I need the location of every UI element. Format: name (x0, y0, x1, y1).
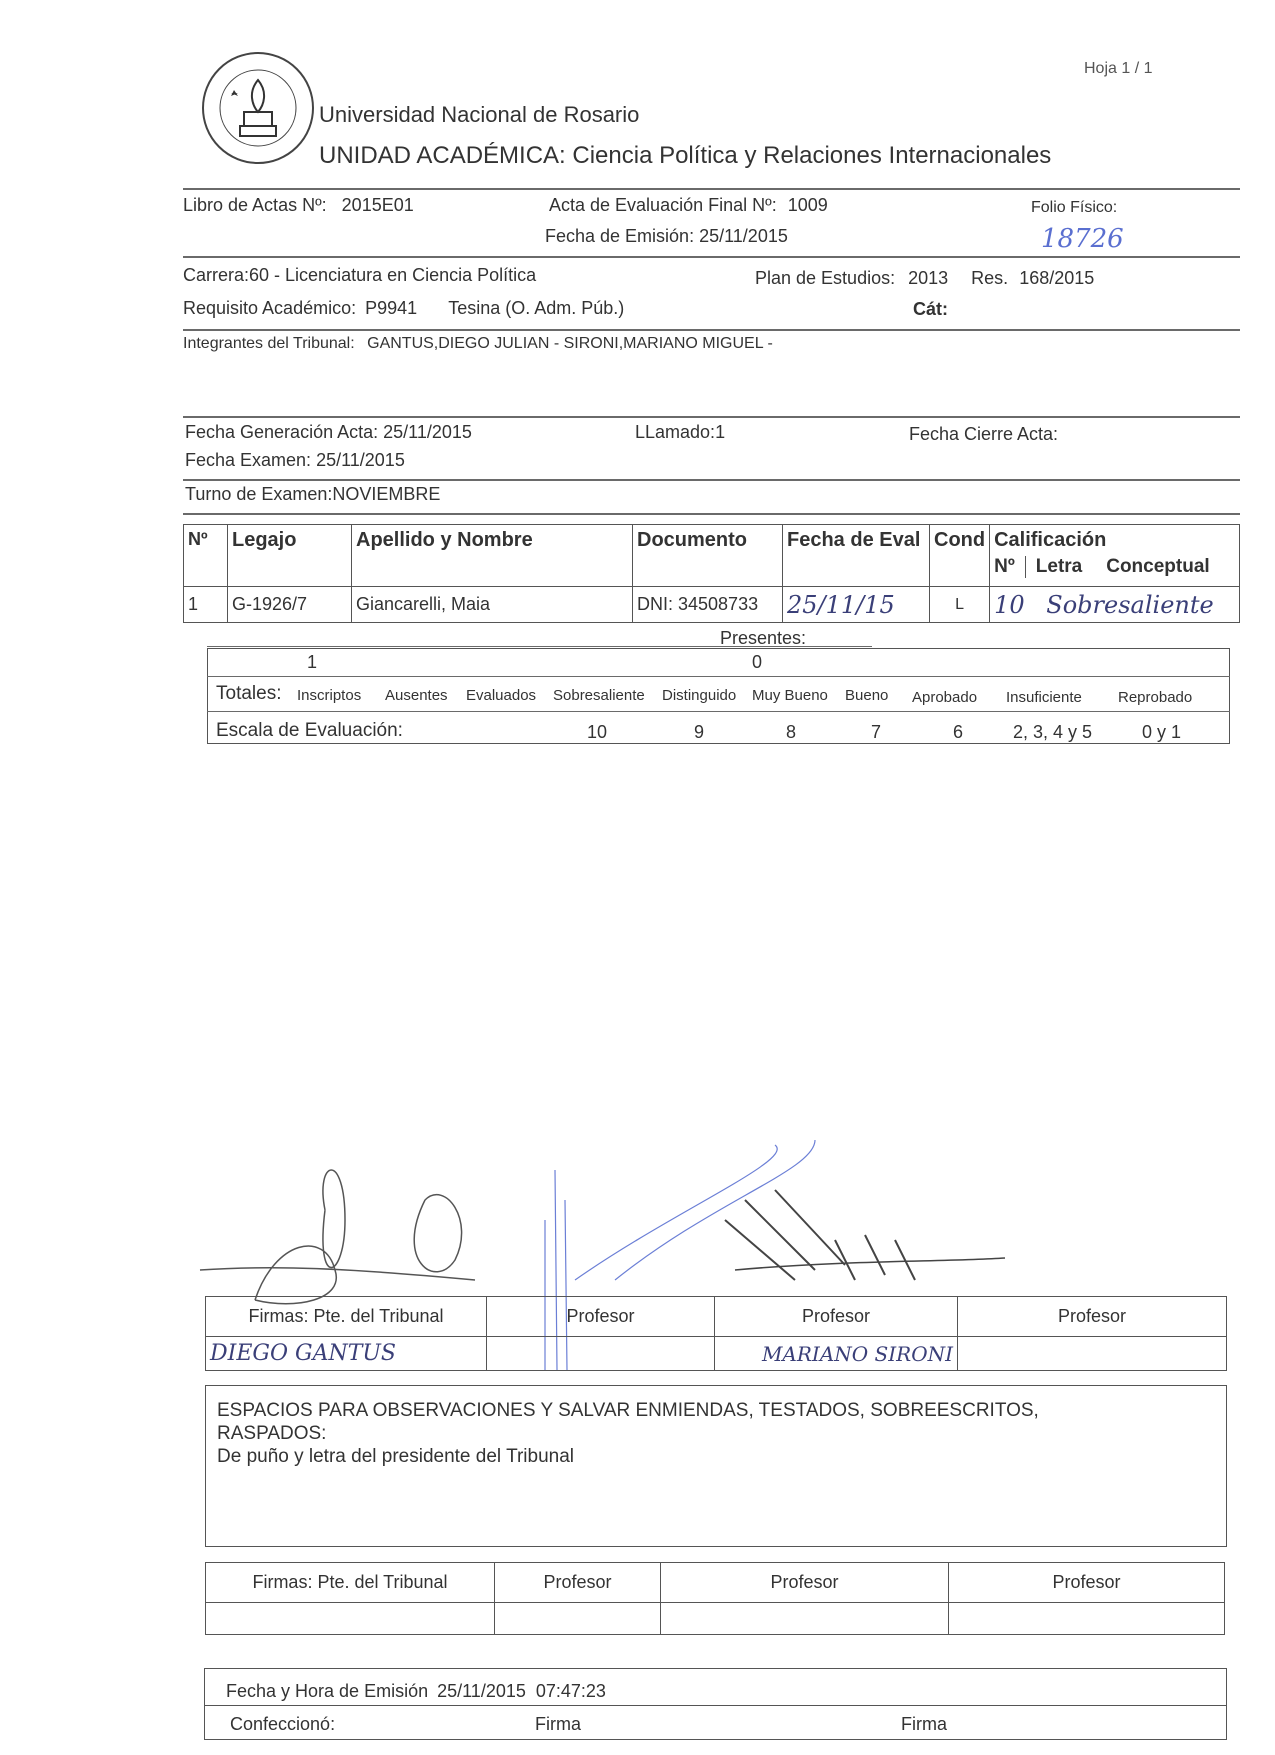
llamado-label: LLamado: (635, 422, 715, 442)
fecha-examen-label: Fecha Examen: (185, 450, 311, 470)
cell-legajo: G-1926/7 (228, 587, 352, 623)
subheader-conceptual: Conceptual (1106, 556, 1209, 578)
tribunal-label: Integrantes del Tribunal: (183, 335, 355, 352)
sig2-empty-presidente (206, 1603, 495, 1635)
plan-estudios-field: Plan de Estudios: 2013 Res. 168/2015 (755, 268, 1094, 289)
fecha-emision-value: 25/11/2015 (699, 226, 788, 246)
cell-documento: DNI: 34508733 (633, 587, 783, 623)
cell-cal-n: 10 (994, 591, 1025, 619)
sig-handwritten-presidente: DIEGO GANTUS (206, 1337, 487, 1371)
acta-number-label: Acta de Evaluación Final Nº: (549, 195, 777, 215)
fecha-hora-label: Fecha y Hora de Emisión (226, 1681, 428, 1701)
firma-label-1: Firma (535, 1714, 581, 1735)
turno-field: Turno de Examen:NOVIEMBRE (185, 484, 440, 505)
sig2-label-profesor-1: Profesor (495, 1563, 661, 1603)
cell-n: 1 (184, 587, 228, 623)
folio-handwritten-value: 18726 (1041, 224, 1124, 254)
confecciono-label: Confeccionó: (230, 1714, 335, 1735)
tribunal-value: GANTUS,DIEGO JULIAN - SIRONI,MARIANO MIG… (367, 335, 773, 352)
col-insuficiente: Insuficiente (1006, 689, 1082, 706)
escala-reprobado: 0 y 1 (1142, 722, 1181, 743)
col-header-cond: Cond (930, 525, 990, 587)
llamado-value: 1 (715, 422, 725, 442)
footer-box: Fecha y Hora de Emisión 25/11/2015 07:47… (204, 1668, 1227, 1740)
page-indicator: Hoja 1 / 1 (1084, 60, 1152, 78)
escala-sobresaliente: 10 (587, 722, 607, 743)
col-header-fecha: Fecha de Eval (783, 525, 930, 587)
sig2-label-profesor-3: Profesor (949, 1563, 1225, 1603)
sig2-label-presidente: Firmas: Pte. del Tribunal (206, 1563, 495, 1603)
acta-number-value: 1009 (788, 195, 828, 215)
escala-distinguido: 9 (694, 722, 704, 743)
tribunal-field: Integrantes del Tribunal: GANTUS,DIEGO J… (183, 335, 773, 353)
escala-label: Escala de Evaluación: (216, 720, 403, 742)
cell-cond: L (930, 587, 990, 623)
col-bueno: Bueno (845, 687, 888, 704)
carrera: Carrera:60 - Licenciatura en Ciencia Pol… (183, 265, 536, 286)
university-name: Universidad Nacional de Rosario (319, 102, 639, 128)
fecha-emision-label: Fecha de Emisión: (545, 226, 694, 246)
col-sobresaliente: Sobresaliente (553, 687, 645, 704)
cat-label: Cát: (913, 299, 948, 320)
requisito-desc: Tesina (O. Adm. Púb.) (448, 298, 624, 318)
col-header-nombre: Apellido y Nombre (352, 525, 633, 587)
signatures-table-top: Firmas: Pte. del Tribunal Profesor Profe… (205, 1296, 1227, 1371)
sig-label-profesor-1: Profesor (487, 1297, 715, 1337)
res-label: Res. (971, 268, 1008, 288)
observations-box: ESPACIOS PARA OBSERVACIONES Y SALVAR ENM… (205, 1385, 1227, 1547)
sig-handwritten-profesor-3 (958, 1337, 1227, 1371)
academic-unit: UNIDAD ACADÉMICA: Ciencia Política y Rel… (319, 142, 1051, 170)
col-header-legajo: Legajo (228, 525, 352, 587)
escala-bueno: 7 (871, 722, 881, 743)
fecha-hora-value: 25/11/2015 07:47:23 (437, 1681, 606, 1701)
col-muy-bueno: Muy Bueno (752, 687, 828, 704)
col-inscriptos: Inscriptos (297, 687, 361, 704)
folio-label: Folio Físico: (1031, 199, 1117, 217)
requisito-value: P9941 (365, 298, 417, 318)
col-ausentes: Ausentes (385, 687, 448, 704)
cell-cal-letra: Sobresaliente (1046, 591, 1213, 619)
students-table: Nº Legajo Apellido y Nombre Documento Fe… (183, 524, 1240, 623)
ausentes-value: 0 (752, 652, 762, 673)
sig2-empty-profesor-1 (495, 1603, 661, 1635)
cell-nombre: Giancarelli, Maia (352, 587, 633, 623)
acta-number-field: Acta de Evaluación Final Nº: 1009 (549, 195, 828, 216)
university-seal-icon (200, 50, 316, 166)
fecha-generacion-value: 25/11/2015 (383, 422, 472, 442)
col-header-n: Nº (184, 525, 228, 587)
turno-label: Turno de Examen: (185, 484, 332, 504)
turno-value: NOVIEMBRE (332, 484, 440, 504)
escala-insuficiente: 2, 3, 4 y 5 (1013, 722, 1092, 743)
fecha-examen-field: Fecha Examen: 25/11/2015 (185, 450, 405, 471)
col-reprobado: Reprobado (1118, 689, 1192, 706)
fecha-generacion-label: Fecha Generación Acta: (185, 422, 378, 442)
cell-calificacion-handwritten: 10 Sobresaliente (990, 587, 1240, 623)
inscriptos-value: 1 (307, 652, 317, 673)
requisito-field: Requisito Académico: P9941 Tesina (O. Ad… (183, 298, 624, 319)
table-header-row: Nº Legajo Apellido y Nombre Documento Fe… (184, 525, 1240, 587)
observations-title: ESPACIOS PARA OBSERVACIONES Y SALVAR ENM… (217, 1400, 1039, 1422)
col-distinguido: Distinguido (662, 687, 736, 704)
res-value: 168/2015 (1019, 268, 1094, 288)
table-row: 1 G-1926/7 Giancarelli, Maia DNI: 345087… (184, 587, 1240, 623)
cell-fecha-handwritten: 25/11/15 (783, 587, 930, 623)
fecha-emision-field: Fecha de Emisión: 25/11/2015 (545, 226, 788, 247)
col-header-documento: Documento (633, 525, 783, 587)
libro-actas-label: Libro de Actas Nº: (183, 195, 327, 215)
observations-title-cont: RASPADOS: (217, 1423, 326, 1445)
col-aprobado: Aprobado (912, 689, 977, 706)
requisito-label: Requisito Académico: (183, 298, 356, 318)
sig2-empty-profesor-2 (661, 1603, 949, 1635)
sig-handwritten-profesor-2: MARIANO SIRONI (715, 1337, 958, 1371)
fecha-cierre-label: Fecha Cierre Acta: (909, 424, 1058, 445)
observations-text: De puño y letra del presidente del Tribu… (217, 1446, 574, 1468)
subheader-n: Nº (994, 556, 1026, 578)
llamado-field: LLamado:1 (635, 422, 725, 443)
calificacion-title: Calificación (994, 529, 1235, 552)
escala-aprobado: 6 (953, 722, 963, 743)
plan-value: 2013 (908, 268, 948, 288)
sig-label-profesor-2: Profesor (715, 1297, 958, 1337)
libro-actas-field: Libro de Actas Nº: 2015E01 (183, 195, 414, 216)
col-header-calificacion: Calificación Nº Letra Conceptual (990, 525, 1240, 587)
fecha-generacion-field: Fecha Generación Acta: 25/11/2015 (185, 422, 472, 443)
subheader-letra: Letra (1036, 556, 1082, 578)
signatures-table-bottom: Firmas: Pte. del Tribunal Profesor Profe… (205, 1562, 1225, 1635)
calificacion-subheaders: Nº Letra Conceptual (994, 556, 1235, 578)
fecha-examen-value: 25/11/2015 (316, 450, 405, 470)
totales-label: Totales: (216, 683, 281, 705)
escala-muy-bueno: 8 (786, 722, 796, 743)
sig2-label-profesor-2: Profesor (661, 1563, 949, 1603)
sig-handwritten-profesor-1 (487, 1337, 715, 1371)
col-evaluados: Evaluados (466, 687, 536, 704)
sig-label-presidente: Firmas: Pte. del Tribunal (206, 1297, 487, 1337)
plan-label: Plan de Estudios: (755, 268, 895, 288)
sig-label-profesor-3: Profesor (958, 1297, 1227, 1337)
sig2-empty-profesor-3 (949, 1603, 1225, 1635)
firma-label-2: Firma (901, 1714, 947, 1735)
fecha-hora-emision: Fecha y Hora de Emisión 25/11/2015 07:47… (226, 1681, 606, 1702)
libro-actas-value: 2015E01 (342, 195, 414, 215)
